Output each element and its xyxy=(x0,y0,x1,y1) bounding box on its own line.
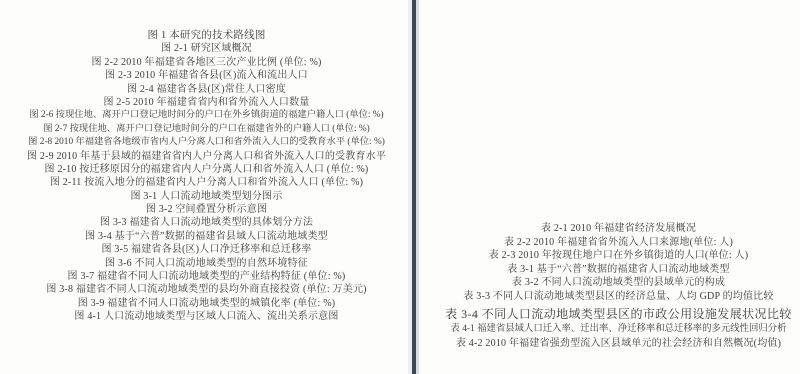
figure-list-item: 图 3-3 福建省人口流动地域类型的具体划分方法 xyxy=(100,216,313,229)
figure-list-item: 图 3-2 空间叠置分析示意图 xyxy=(146,203,267,216)
table-list-item: 表 4-1 福建省县域人口迁入率、迁出率、净迁移率和总迁移率的多元线性回归分析 xyxy=(451,323,787,337)
figure-list-item: 图 3-6 不同人口流动地域类型的自然环境特征 xyxy=(105,257,308,270)
figure-list-item: 图 2-1 研究区域概况 xyxy=(161,42,252,55)
figure-list-item: 图 2-2 2010 年福建省各地区三次产业比例 (单位: %) xyxy=(92,56,322,69)
figure-list-item: 图 3-9 福建省不同人口流动地域类型的城镇化率 (单位: %) xyxy=(78,297,336,310)
table-list-item: 表 4-2 2010 年福建省强劲型流入区县域单元的社会经济和自然概况(均值) xyxy=(456,337,781,351)
list-of-tables-page: 表 2-1 2010 年福建省经济发展概况 表 2-2 2010 年福建省省外流… xyxy=(417,0,800,374)
table-list-item: 表 2-1 2010 年福建省经济发展概况 xyxy=(541,222,696,236)
figure-list-item: 图 3-5 福建省各县(区)人口净迁移率和总迁移率 xyxy=(102,243,312,256)
figure-list-item: 图 2-6 按现住地、离开户口登记地时间分的户口在外乡镇街道的福建户籍人口 (单… xyxy=(29,109,383,122)
figure-list-item: 图 2-8 2010 年福建省各地级市省内人户分离人口和省外流入人口的受教育水平… xyxy=(28,136,385,149)
document-spread: 图 1 本研究的技术路线图 图 2-1 研究区域概况 图 2-2 2010 年福… xyxy=(0,0,800,374)
table-list-item: 表 3-4 不同人口流动地域类型县区的市政公用设施发展状况比较 xyxy=(445,306,791,323)
figure-list-item: 图 2-7 按现住地、离开户口登记地时间分的户口在福建省外的户籍人口 (单位: … xyxy=(43,123,369,136)
figure-list-item: 图 3-7 福建省不同人口流动地域类型的产业结构特征 (单位: %) xyxy=(68,270,346,283)
figure-list-item: 图 2-11 按流入地分的福建省内人户分离人口和省外流入人口 (单位: %) xyxy=(50,176,363,189)
figure-list-item: 图 3-4 基于“六普”数据的福建省县域人口流动地域类型 xyxy=(85,230,328,243)
table-list-item: 表 3-3 不同人口流动地域类型县区的经济总量、人均 GDP 的均值比较 xyxy=(463,290,773,304)
figure-list-item: 图 3-8 福建省不同人口流动地域类型的县均外商直接投资 (单位: 万美元) xyxy=(46,283,366,296)
figure-list-item: 图 2-5 2010 年福建省省内和省外流入人口数量 xyxy=(103,96,309,109)
figure-list-item: 图 4-1 人口流动地域类型与区域人口流入、流出关系示意图 xyxy=(74,310,338,323)
table-list-item: 表 2-2 2010 年福建省省外流入人口来源地(单位: 人) xyxy=(504,236,733,250)
figure-list-item: 图 2-3 2010 年福建省各县(区)流入和流出人口 xyxy=(105,69,308,82)
figure-list-item: 图 2-9 2010 年基于县域的福建省省内人户分离人口和省外流入人口的受教育水… xyxy=(27,150,386,163)
table-list-item: 表 2-3 2010 年按现住地户口在外乡镇街道的人口(单位: 人) xyxy=(489,249,749,263)
figure-list-item: 图 2-4 福建省各县(区)常住人口密度 xyxy=(127,83,286,96)
figure-list-item: 图 3-1 人口流动地域类型划分图示 xyxy=(131,190,283,203)
figure-list-item: 图 2-10 按迁移原因分的福建省内人户分离人口和省外流入人口 (单位: %) xyxy=(45,163,369,176)
list-of-figures-page: 图 1 本研究的技术路线图 图 2-1 研究区域概况 图 2-2 2010 年福… xyxy=(0,0,413,374)
figure-list-item: 图 1 本研究的技术路线图 xyxy=(147,29,265,42)
table-list-item: 表 3-2 不同人口流动地域类型的县域单元的构成 xyxy=(512,276,725,290)
table-list-item: 表 3-1 基于“六普”数据的福建省人口流动地域类型 xyxy=(507,263,729,277)
